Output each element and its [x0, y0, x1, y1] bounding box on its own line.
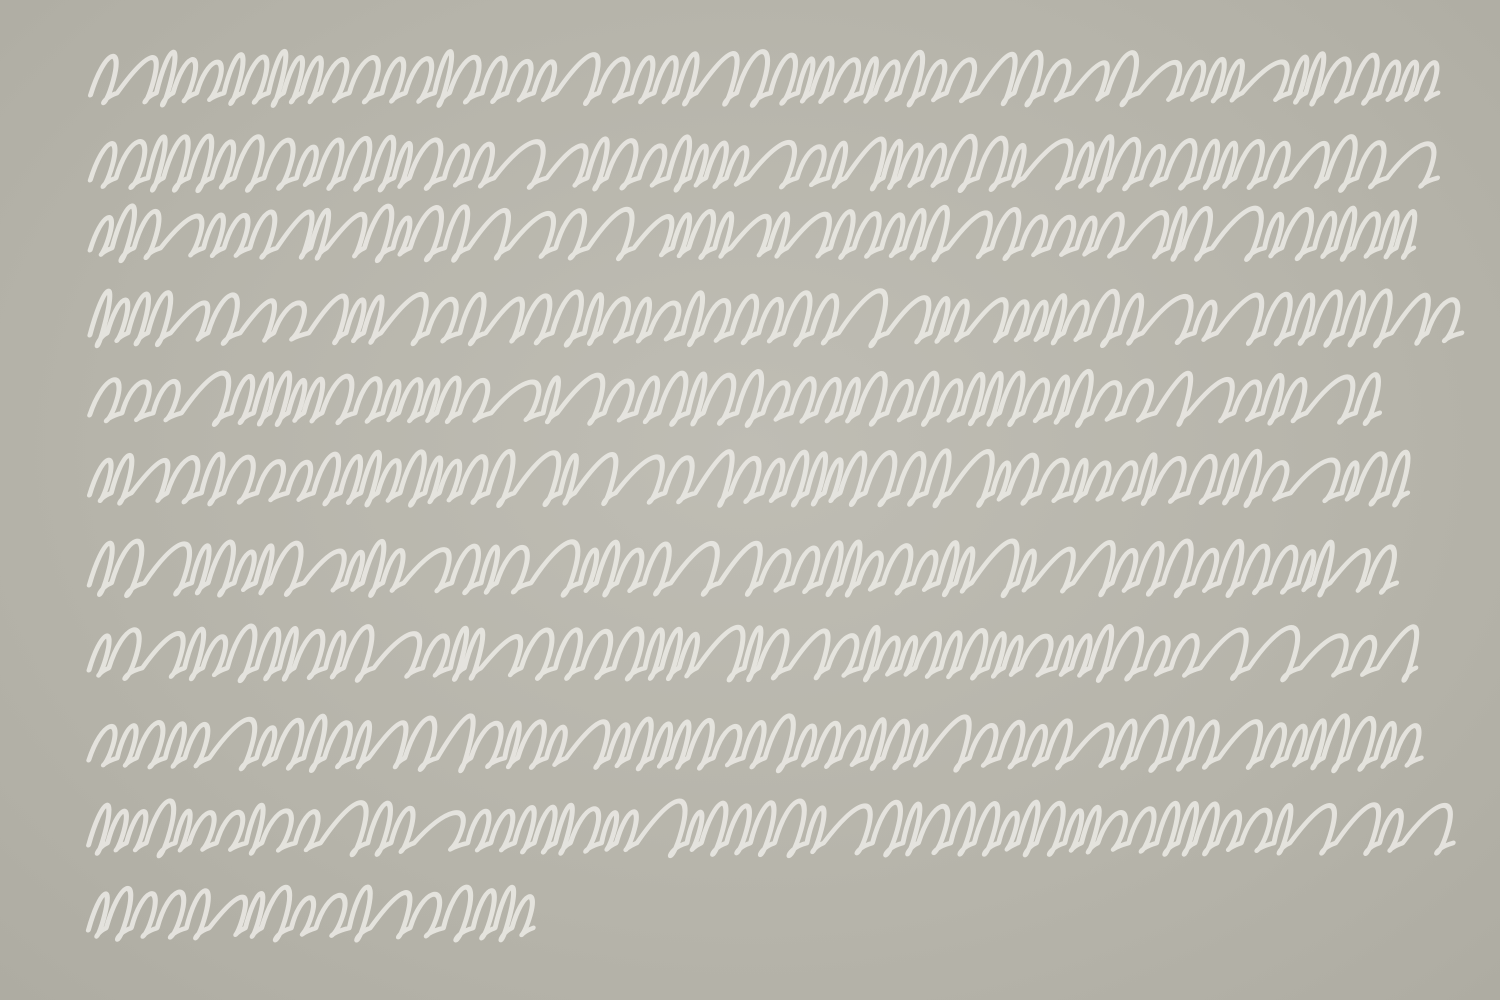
scribble-line — [87, 626, 1425, 681]
scribble-line — [88, 371, 1389, 425]
scribble-line — [86, 801, 1462, 856]
asemic-handwriting — [0, 0, 1500, 1000]
scribble-line — [87, 451, 1416, 506]
scribble-line — [88, 291, 1471, 346]
gray-paper-background — [0, 0, 1500, 1000]
scribble-line — [88, 51, 1446, 105]
scribble-line — [87, 541, 1405, 596]
scribble-line — [88, 206, 1423, 261]
scribble-line — [88, 136, 1446, 191]
scribble-line — [87, 716, 1431, 771]
scribble-line — [86, 887, 542, 940]
